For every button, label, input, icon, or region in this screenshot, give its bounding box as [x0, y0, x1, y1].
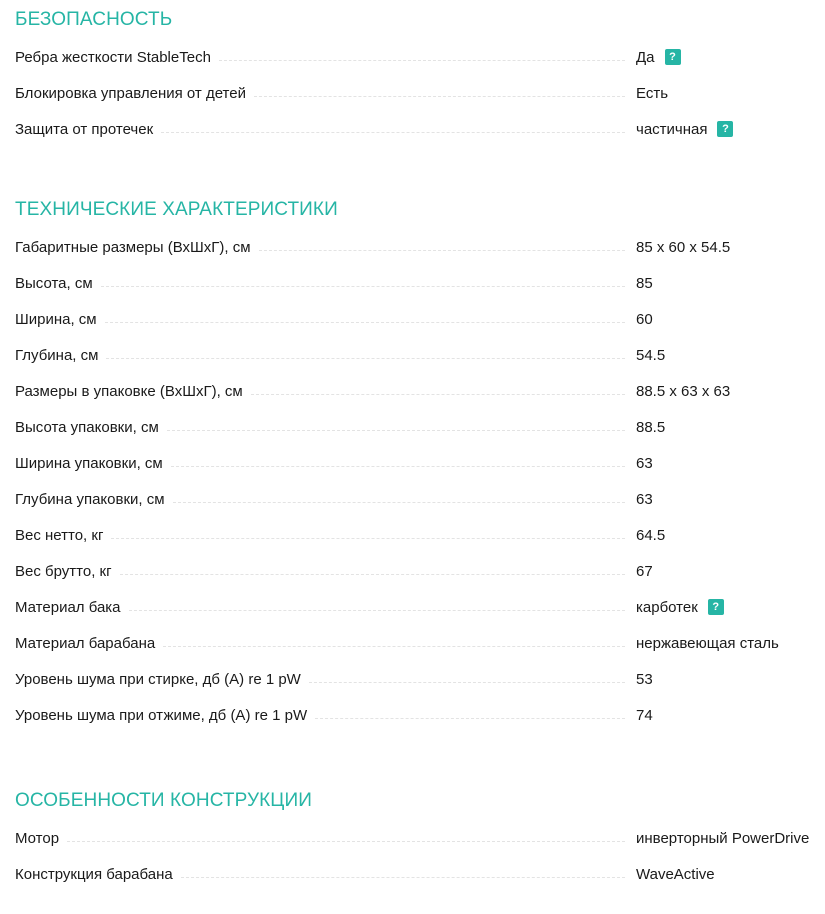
dotted-leader	[106, 358, 625, 359]
spec-label: Материал бака	[15, 599, 129, 616]
spec-section: ТЕХНИЧЕСКИЕ ХАРАКТЕРИСТИКИГабаритные раз…	[15, 190, 825, 743]
spec-label: Ребра жесткости StableTech	[15, 49, 219, 66]
dotted-leader	[315, 718, 625, 719]
spec-section: ОСОБЕННОСТИ КОНСТРУКЦИИМоторинверторный …	[15, 781, 825, 902]
spec-value: нержавеющая сталь	[636, 635, 779, 652]
spec-label: Размеры в упаковке (ВхШхГ), см	[15, 383, 251, 400]
spec-row: Ребра жесткости StableTechДа?	[15, 49, 825, 85]
spec-label: Материал барабана	[15, 635, 163, 652]
dotted-leader	[219, 60, 625, 61]
section-title: БЕЗОПАСНОСТЬ	[15, 0, 825, 40]
spec-value-cell: частичная?	[636, 121, 825, 138]
dotted-leader	[254, 96, 625, 97]
dotted-leader	[129, 610, 625, 611]
spec-value: Есть	[636, 85, 668, 102]
dotted-leader	[101, 286, 625, 287]
spec-label: Конструкция барабана	[15, 866, 181, 883]
section-title: ТЕХНИЧЕСКИЕ ХАРАКТЕРИСТИКИ	[15, 190, 825, 230]
spec-value: 74	[636, 707, 653, 724]
spec-value-cell: Да?	[636, 49, 825, 66]
spec-label: Защита от протечек	[15, 121, 161, 138]
spec-value-cell: 88.5 x 63 x 63	[636, 383, 825, 400]
spec-value-cell: 64.5	[636, 527, 825, 544]
spec-value-cell: карботек?	[636, 599, 825, 616]
spec-list: Моторинверторный PowerDriveКонструкция б…	[15, 830, 825, 902]
spec-label: Ширина упаковки, см	[15, 455, 171, 472]
dotted-leader	[181, 877, 625, 878]
spec-value-cell: WaveActive	[636, 866, 825, 883]
question-icon[interactable]: ?	[665, 49, 681, 65]
dotted-leader	[111, 538, 625, 539]
spec-row: Защита от протечекчастичная?	[15, 121, 825, 157]
specifications-page: БЕЗОПАСНОСТЬРебра жесткости StableTechДа…	[0, 0, 825, 902]
spec-value: WaveActive	[636, 866, 715, 883]
spec-row: Глубина упаковки, см63	[15, 491, 825, 527]
dotted-leader	[161, 132, 625, 133]
spec-label: Уровень шума при отжиме, дб (А) re 1 pW	[15, 707, 315, 724]
spec-value: карботек	[636, 599, 698, 616]
spec-value-cell: 63	[636, 491, 825, 508]
spec-value-cell: 67	[636, 563, 825, 580]
spec-label: Высота упаковки, см	[15, 419, 167, 436]
spec-row: Блокировка управления от детейЕсть	[15, 85, 825, 121]
spec-row: Моторинверторный PowerDrive	[15, 830, 825, 866]
dotted-leader	[171, 466, 625, 467]
spec-row: Габаритные размеры (ВхШхГ), см85 x 60 x …	[15, 239, 825, 275]
spec-row: Ширина упаковки, см63	[15, 455, 825, 491]
spec-value: инверторный PowerDrive	[636, 830, 809, 847]
spec-value: 64.5	[636, 527, 665, 544]
dotted-leader	[163, 646, 625, 647]
dotted-leader	[173, 502, 625, 503]
spec-row: Размеры в упаковке (ВхШхГ), см88.5 x 63 …	[15, 383, 825, 419]
dotted-leader	[309, 682, 625, 683]
spec-value: частичная	[636, 121, 707, 138]
dotted-leader	[259, 250, 625, 251]
spec-value-cell: Есть	[636, 85, 825, 102]
spec-value: 63	[636, 491, 653, 508]
spec-label: Блокировка управления от детей	[15, 85, 254, 102]
spec-row: Конструкция барабанаWaveActive	[15, 866, 825, 902]
dotted-leader	[120, 574, 625, 575]
spec-value: 88.5	[636, 419, 665, 436]
spec-row: Уровень шума при отжиме, дб (А) re 1 pW7…	[15, 707, 825, 743]
spec-row: Ширина, см60	[15, 311, 825, 347]
spec-list: Ребра жесткости StableTechДа?Блокировка …	[15, 49, 825, 157]
dotted-leader	[105, 322, 625, 323]
spec-row: Материал бакакарботек?	[15, 599, 825, 635]
spec-value: Да	[636, 49, 655, 66]
spec-label: Глубина, см	[15, 347, 106, 364]
question-icon[interactable]: ?	[717, 121, 733, 137]
spec-value-cell: 53	[636, 671, 825, 688]
spec-label: Ширина, см	[15, 311, 105, 328]
spec-value: 85	[636, 275, 653, 292]
spec-value-cell: 74	[636, 707, 825, 724]
spec-value-cell: нержавеющая сталь	[636, 635, 825, 652]
spec-row: Уровень шума при стирке, дб (А) re 1 pW5…	[15, 671, 825, 707]
spec-row: Вес нетто, кг64.5	[15, 527, 825, 563]
spec-label: Габаритные размеры (ВхШхГ), см	[15, 239, 259, 256]
dotted-leader	[67, 841, 625, 842]
spec-row: Высота упаковки, см88.5	[15, 419, 825, 455]
dotted-leader	[167, 430, 625, 431]
section-title: ОСОБЕННОСТИ КОНСТРУКЦИИ	[15, 781, 825, 821]
spec-value: 60	[636, 311, 653, 328]
spec-value: 85 x 60 x 54.5	[636, 239, 730, 256]
spec-row: Вес брутто, кг67	[15, 563, 825, 599]
spec-value: 67	[636, 563, 653, 580]
spec-value-cell: инверторный PowerDrive	[636, 830, 825, 847]
spec-value-cell: 85 x 60 x 54.5	[636, 239, 825, 256]
spec-label: Вес нетто, кг	[15, 527, 111, 544]
spec-list: Габаритные размеры (ВхШхГ), см85 x 60 x …	[15, 239, 825, 743]
spec-row: Высота, см85	[15, 275, 825, 311]
spec-section: БЕЗОПАСНОСТЬРебра жесткости StableTechДа…	[15, 0, 825, 157]
spec-value: 63	[636, 455, 653, 472]
spec-value-cell: 88.5	[636, 419, 825, 436]
spec-value-cell: 54.5	[636, 347, 825, 364]
spec-label: Глубина упаковки, см	[15, 491, 173, 508]
spec-label: Мотор	[15, 830, 67, 847]
spec-label: Уровень шума при стирке, дб (А) re 1 pW	[15, 671, 309, 688]
spec-label: Высота, см	[15, 275, 101, 292]
spec-label: Вес брутто, кг	[15, 563, 120, 580]
spec-value: 88.5 x 63 x 63	[636, 383, 730, 400]
spec-value-cell: 85	[636, 275, 825, 292]
spec-value: 54.5	[636, 347, 665, 364]
spec-row: Глубина, см54.5	[15, 347, 825, 383]
spec-value-cell: 63	[636, 455, 825, 472]
spec-row: Материал барабананержавеющая сталь	[15, 635, 825, 671]
question-icon[interactable]: ?	[708, 599, 724, 615]
spec-value-cell: 60	[636, 311, 825, 328]
dotted-leader	[251, 394, 625, 395]
spec-value: 53	[636, 671, 653, 688]
